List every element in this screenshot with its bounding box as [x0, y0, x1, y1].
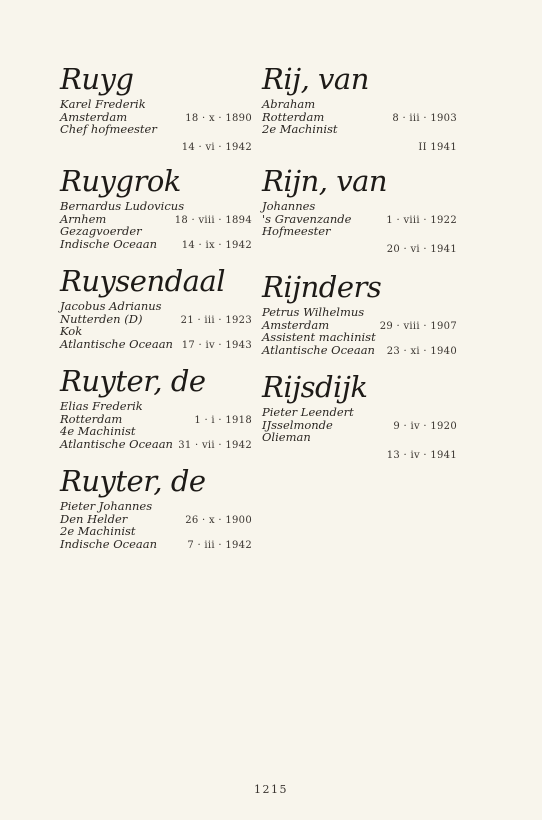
death-line: Indische Oceaan14 · ix · 1942: [60, 238, 252, 251]
death-date: 13 · iv · 1941: [387, 450, 457, 463]
death-date: 20 · vi · 1941: [387, 244, 457, 257]
entry-ruyter-pieter: Ruyter, de Pieter Johannes Den Helder26 …: [60, 464, 252, 550]
birth-date: 9 · iv · 1920: [393, 421, 457, 434]
death-line: Indische Oceaan7 · iii · 1942: [60, 538, 252, 551]
entry-ruysendaal: Ruysendaal Jacobus Adrianus Nutterden (D…: [60, 264, 252, 350]
birth-date: 1 · i · 1918: [194, 415, 252, 428]
place-of-death: Atlantische Oceaan: [60, 438, 173, 451]
birth-date: 21 · iii · 1923: [181, 315, 252, 328]
surname: Ruyter, de: [60, 364, 252, 398]
death-line: Atlantische Oceaan31 · vii · 1942: [60, 438, 252, 451]
given-names: Petrus Wilhelmus: [262, 306, 457, 319]
death-line: Atlantische Oceaan17 · iv · 1943: [60, 338, 252, 351]
given-names: Johannes: [262, 200, 457, 213]
birth-date: 18 · viii · 1894: [175, 215, 252, 228]
death-line: II 1941: [262, 142, 457, 155]
entry-ruyter-elias: Ruyter, de Elias Frederik Rotterdam1 · i…: [60, 364, 252, 450]
page-number: 1215: [0, 783, 542, 796]
entry-rijn-van: Rijn, van Johannes 's Gravenzande1 · vii…: [262, 164, 457, 256]
birth-date: 18 · x · 1890: [185, 113, 252, 126]
death-date: 23 · xi · 1940: [387, 346, 457, 359]
death-date: II 1941: [418, 142, 457, 155]
entry-rij-van: Rij, van Abraham Rotterdam8 · iii · 1903…: [262, 62, 457, 154]
place-of-death: Atlantische Oceaan: [60, 338, 173, 351]
given-names: Bernardus Ludovicus: [60, 200, 252, 213]
death-line: 13 · iv · 1941: [262, 450, 457, 463]
death-date: 14 · vi · 1942: [182, 142, 252, 155]
given-names: Pieter Johannes: [60, 500, 252, 513]
surname: Ruygrok: [60, 164, 252, 198]
death-line: 14 · vi · 1942: [60, 142, 252, 155]
birth-date: 1 · viii · 1922: [386, 215, 457, 228]
death-line: 20 · vi · 1941: [262, 244, 457, 257]
surname: Rij, van: [262, 62, 457, 96]
place-of-death: Atlantische Oceaan: [262, 344, 375, 357]
death-date: 31 · vii · 1942: [178, 440, 252, 453]
surname: Ruyg: [60, 62, 252, 96]
left-column: Ruyg Karel Frederik Amsterdam18 · x · 18…: [60, 62, 252, 564]
given-names: Karel Frederik: [60, 98, 252, 111]
surname: Rijsdijk: [262, 370, 457, 404]
birth-date: 29 · viii · 1907: [380, 321, 457, 334]
entry-rijsdijk: Rijsdijk Pieter Leendert IJsselmonde9 · …: [262, 370, 457, 462]
surname: Rijn, van: [262, 164, 457, 198]
place-of-death: Indische Oceaan: [60, 538, 157, 551]
birth-date: 8 · iii · 1903: [392, 113, 457, 126]
entry-rijnders: Rijnders Petrus Wilhelmus Amsterdam29 · …: [262, 270, 457, 356]
surname: Ruyter, de: [60, 464, 252, 498]
given-names: Abraham: [262, 98, 457, 111]
death-line: Atlantische Oceaan23 · xi · 1940: [262, 344, 457, 357]
death-date: 14 · ix · 1942: [182, 240, 252, 253]
surname: Ruysendaal: [60, 264, 252, 298]
given-names: Pieter Leendert: [262, 406, 457, 419]
right-column: Rij, van Abraham Rotterdam8 · iii · 1903…: [262, 62, 457, 476]
birth-date: 26 · x · 1900: [185, 515, 252, 528]
birth-line: Nutterden (D)21 · iii · 1923: [60, 313, 252, 326]
entry-ruyg: Ruyg Karel Frederik Amsterdam18 · x · 18…: [60, 62, 252, 154]
entry-ruygrok: Ruygrok Bernardus Ludovicus Arnhem18 · v…: [60, 164, 252, 250]
place-of-death: Indische Oceaan: [60, 238, 157, 251]
death-date: 7 · iii · 1942: [187, 540, 252, 553]
surname: Rijnders: [262, 270, 457, 304]
death-date: 17 · iv · 1943: [182, 340, 252, 353]
given-names: Jacobus Adrianus: [60, 300, 252, 313]
given-names: Elias Frederik: [60, 400, 252, 413]
